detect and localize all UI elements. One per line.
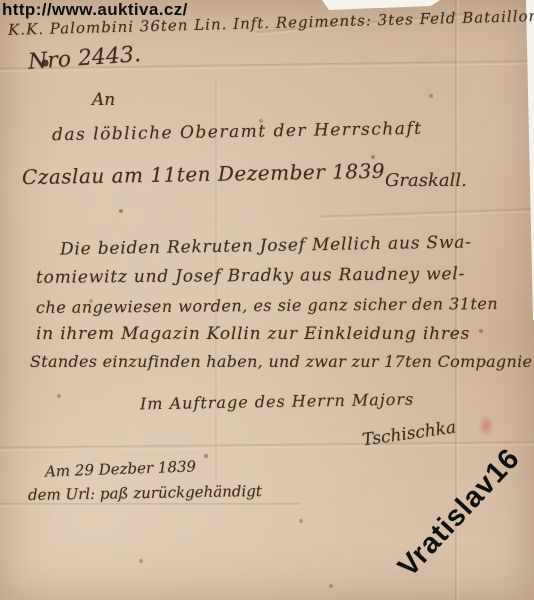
body-line: Standes einzufinden haben, und zwar zur … xyxy=(30,352,534,371)
body-line: che angewiesen worden, es sie ganz siche… xyxy=(36,294,498,317)
salutation: An xyxy=(92,90,115,110)
destination-name: Graskall. xyxy=(385,170,467,191)
seal-trace xyxy=(478,415,494,437)
place-date-line: Czaslau am 11ten Dezember 1839 xyxy=(22,159,385,189)
closing-line: Im Auftrage des Herrn Majors xyxy=(140,390,415,414)
crease-line xyxy=(320,208,534,219)
scanned-letter: http://www.auktiva.cz/ K.K. Palombini 36… xyxy=(0,0,534,600)
paper-edge xyxy=(524,0,534,320)
collector-watermark: Vratislav16 xyxy=(392,442,527,583)
archival-note: dem Url: paß zurückgehändigt xyxy=(28,482,262,504)
paper-edge xyxy=(322,0,440,10)
body-line: tomiewitz und Josef Bradky aus Raudney w… xyxy=(36,264,465,288)
archival-note: Am 29 Dezber 1839 xyxy=(45,457,197,480)
body-line: in ihrem Magazin Kollin zur Einkleidung … xyxy=(36,324,470,344)
addressee-line: das löbliche Oberamt der Herrschaft xyxy=(52,119,423,145)
crease-line xyxy=(0,441,534,451)
body-line: Die beiden Rekruten Josef Mellich aus Sw… xyxy=(60,232,472,259)
